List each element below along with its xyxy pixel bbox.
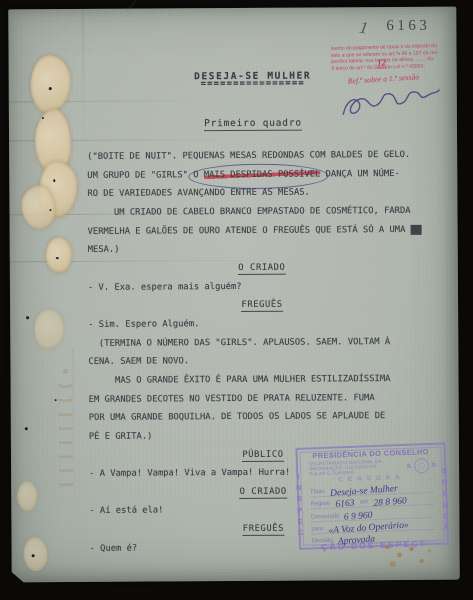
paper-crease — [82, 9, 84, 159]
document-page: 1 6163 Isento do pagamento de taxas e do… — [8, 7, 459, 583]
censor-border-right: SOLUCÁ — [440, 466, 450, 531]
ink-speck — [49, 87, 52, 90]
censor-row-label: Título — [310, 489, 325, 497]
ink-speck — [26, 316, 29, 319]
script-line: UM CRIADO DE CABELO BRANCO EMPASTADO DE … — [87, 202, 435, 223]
censor-border-letter: S — [295, 494, 303, 503]
ink-speck — [42, 117, 44, 119]
censor-border-letter: I — [294, 472, 302, 481]
stamped-sheet-number: 6163 — [386, 18, 430, 35]
censor-border-letter: Á — [442, 522, 450, 531]
script-line: MAS O GRANDE ÊXITO É PARA UMA MULHER EST… — [88, 370, 436, 391]
scene-heading: Primeiro quadro — [87, 117, 419, 130]
censor-row-label: para — [311, 526, 323, 533]
censor-border-letter: N — [295, 483, 303, 492]
torn-corner — [10, 570, 26, 584]
tape-remnant — [17, 481, 37, 511]
scene-heading-text: Primeiro quadro — [204, 118, 302, 132]
title-underline: ================ — [87, 78, 419, 90]
speaker-heading: O CRIADO — [240, 486, 287, 498]
script-line: - V. Exa. espera mais alguém? — [88, 276, 436, 297]
script-line: FREGUÊS — [88, 295, 436, 316]
tape-remnant — [34, 309, 64, 349]
ink-speck — [25, 427, 28, 430]
typewriter-overstrike: XX — [411, 224, 422, 234]
paper-fold-line — [126, 0, 206, 11]
speaker-heading: PÚBLICO — [242, 449, 283, 461]
speaker-heading: FREGUÊS — [243, 524, 284, 536]
script-line: (TERMINA O NÚMERO DAS "GIRLS". APLAUSOS.… — [88, 332, 436, 353]
ink-speck — [32, 554, 35, 557]
stage-text: VERMELHA E GALÕES DE OURO ATENDE O FREGU… — [88, 225, 411, 237]
title-block: DESEJA-SE MULHER ================ — [87, 70, 419, 90]
censor-border-letter: C — [296, 528, 304, 537]
ink-speck — [55, 399, 57, 401]
censor-border-letter: E — [296, 516, 304, 525]
circled-text: O — [193, 170, 204, 180]
censor-border-letter: P — [296, 505, 304, 514]
speaker-heading: O CRIADO — [238, 263, 285, 275]
tape-remnant — [23, 537, 47, 571]
tape-remnant — [21, 185, 55, 229]
script-line: EM GRANDES DECOTES NO VESTIDO DE PRATA R… — [89, 388, 437, 409]
exemption-stamp-lines: Isento do pagamento de taxas e do impost… — [331, 42, 473, 72]
script-line: RO DE VARIEDADES AVANÇANDO ENTRE AS MESA… — [87, 183, 435, 204]
censor-row-label: Censurado — [311, 513, 340, 521]
ink-speck — [56, 257, 59, 259]
script-line: UM GRUPO DE "GIRLS" O MAIS DESPIDAS POSS… — [87, 164, 435, 185]
exemption-article-number-handwritten: 12 — [377, 57, 386, 68]
handwritten-sheet-number: 1 — [358, 18, 370, 39]
script-line: O CRIADO — [88, 258, 436, 279]
censor-border-letter: L — [441, 489, 449, 498]
script-line: VERMELHA E GALÕES DE OURO ATENDE O FREGU… — [88, 220, 436, 241]
script-line: MESA.) — [88, 239, 436, 260]
tape-remnant — [31, 55, 71, 113]
water-stain — [58, 361, 73, 491]
script-line: POR UMA GRANDE BOQUILHA. DE TODOS OS LAD… — [89, 407, 437, 428]
censorship-stamp: PRESIDÊNCIA DO CONSELHO SECRETARIADO NAC… — [295, 442, 449, 550]
rust-stains — [378, 541, 440, 573]
speaker-heading: FREGUÊS — [241, 300, 282, 312]
stage-text: DANÇA UM NÚME- — [320, 169, 400, 179]
script-line: - Sim. Espero Alguém. — [88, 314, 436, 335]
censor-border-letter: C — [442, 511, 450, 520]
ink-speck — [53, 179, 55, 182]
censor-border-letter: O — [441, 477, 449, 486]
censored-strikethrough-text: MAIS DESPIDAS POSSÍVEL — [204, 169, 321, 180]
censor-circle-annotation: O MAIS DESPIDAS POSSÍVEL — [193, 165, 320, 184]
paper-crease — [72, 349, 74, 549]
script-line: CENA. SAEM DE NOVO. — [88, 351, 436, 372]
script-line: PÉ E GRITA.) — [89, 426, 437, 447]
censor-border-letter: S — [440, 466, 448, 475]
ink-speck — [49, 209, 51, 211]
scanned-document-screenshot: { "page": { "sheet_number_handwritten": … — [0, 0, 473, 600]
censor-row-label: em — [360, 500, 368, 507]
script-line: ("BOITE DE NUIT". PEQUENAS MESAS REDONDA… — [87, 146, 435, 167]
tape-remnant — [46, 237, 72, 273]
censor-row-label: Registo — [310, 501, 330, 509]
censor-border-letter: U — [441, 500, 449, 509]
censor-stamp-rows: TítuloDeseja-se MulherRegisto6163em28 8 … — [310, 481, 435, 547]
stage-text: UM GRUPO DE "GIRLS" — [87, 170, 193, 181]
